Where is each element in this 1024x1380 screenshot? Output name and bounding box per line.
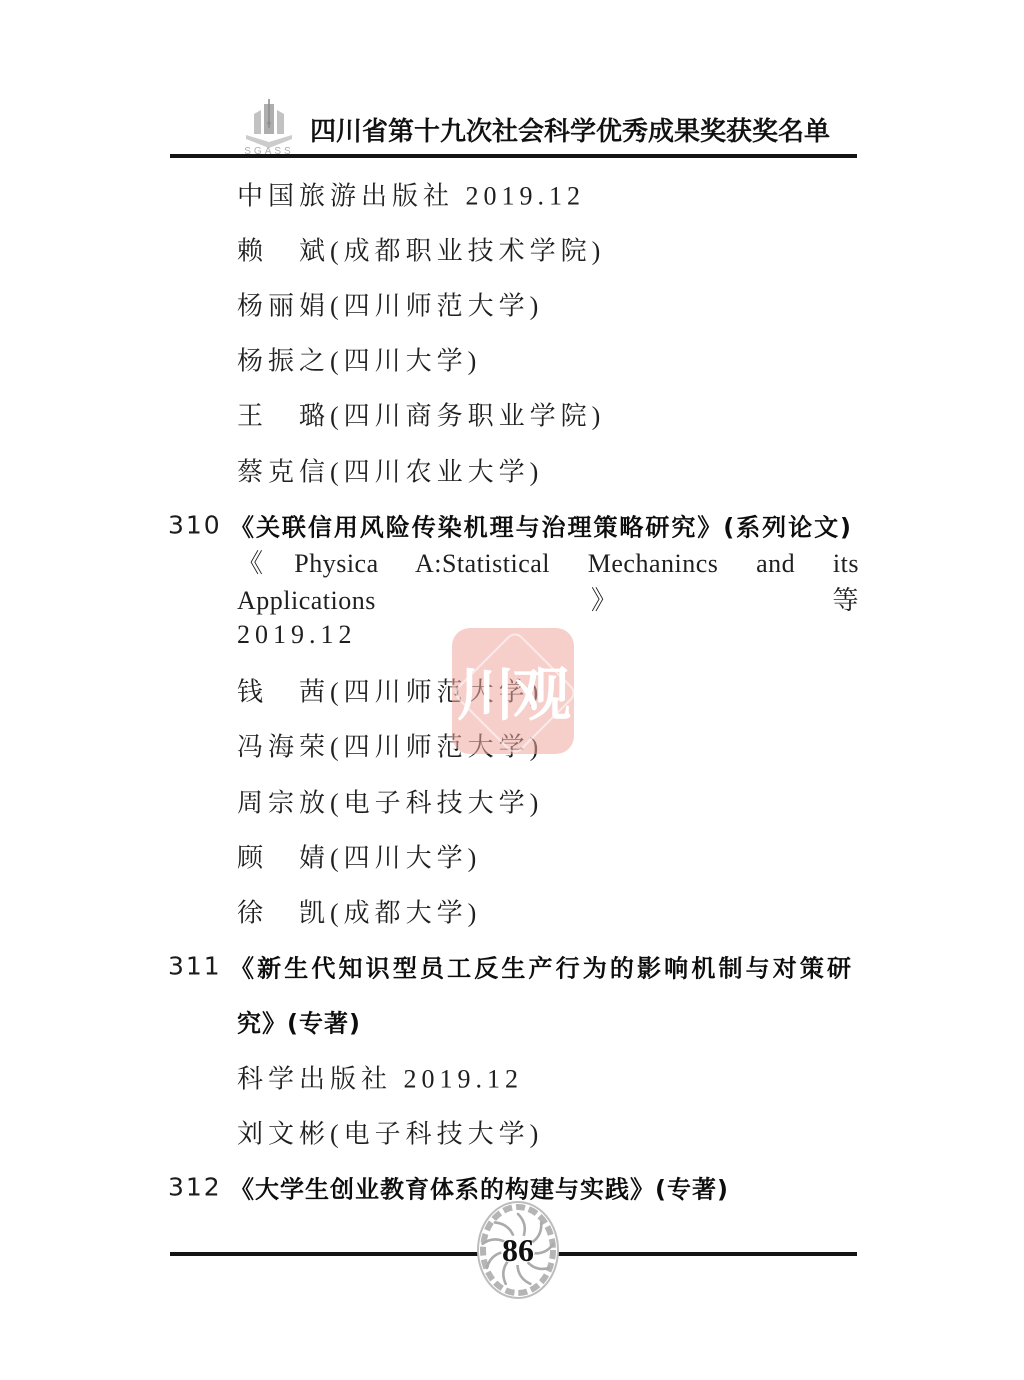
entry-text: 王 璐(四川商务职业学院) [237, 396, 605, 433]
entry-text: 周宗放(电子科技大学) [237, 782, 543, 819]
entry-text: 2019.12 [237, 620, 357, 650]
entry-text: 顾 婧(四川大学) [237, 837, 481, 874]
text-line: 赖 斌(成都职业技术学院) [0, 221, 1024, 276]
header-logo: SGASS [238, 98, 300, 160]
entry-text: 蔡克信(四川农业大学) [237, 451, 543, 488]
text-line: 杨丽娟(四川师范大学) [0, 276, 1024, 331]
text-line: 顾 婧(四川大学) [0, 828, 1024, 883]
entry-number: 312 [168, 1172, 222, 1201]
watermark-text: 川观 [452, 647, 574, 731]
text-line: 《Physica A:Statistical Mechanincs and it… [0, 552, 1024, 607]
entry-text: 中国旅游出版社 2019.12 [237, 175, 585, 212]
page-title: 四川省第十九次社会科学优秀成果奖获奖名单 [310, 111, 830, 148]
text-line: 科学出版社 2019.12 [0, 1049, 1024, 1104]
document-page: SGASS 四川省第十九次社会科学优秀成果奖获奖名单 中国旅游出版社 2019.… [0, 0, 1024, 1380]
text-line: 杨振之(四川大学) [0, 332, 1024, 387]
page-emblem: 86 [476, 1200, 560, 1300]
entry-text: 赖 斌(成都职业技术学院) [237, 230, 605, 267]
entry-title-line: 311《新生代知识型员工反生产行为的影响机制与对策研 [0, 939, 1024, 994]
entry-text: 《新生代知识型员工反生产行为的影响机制与对策研 [230, 949, 852, 984]
text-line: 刘文彬(电子科技大学) [0, 1104, 1024, 1159]
text-line: 王 璐(四川商务职业学院) [0, 387, 1024, 442]
entry-title-line: 究》(专著) [0, 994, 1024, 1049]
page-number: 86 [502, 1232, 534, 1268]
entry-number: 311 [168, 952, 222, 981]
entry-text: 《关联信用风险传染机理与治理策略研究》(系列论文) [230, 507, 852, 542]
entry-text: 《Physica A:Statistical Mechanincs and it… [237, 543, 859, 617]
entry-text: 徐 凯(成都大学) [237, 893, 481, 930]
text-line: 蔡克信(四川农业大学) [0, 442, 1024, 497]
entry-number: 310 [168, 510, 222, 539]
text-line: 中国旅游出版社 2019.12 [0, 166, 1024, 221]
sgass-building-book-icon [241, 98, 297, 148]
watermark-badge: 川观 [452, 628, 574, 754]
entry-text: 刘文彬(电子科技大学) [237, 1113, 543, 1150]
entry-text: 杨丽娟(四川师范大学) [237, 285, 543, 322]
sun-bird-swirl-icon: 86 [476, 1200, 560, 1300]
text-line: 徐 凯(成都大学) [0, 883, 1024, 938]
entry-text: 杨振之(四川大学) [237, 341, 481, 378]
text-line: 周宗放(电子科技大学) [0, 773, 1024, 828]
header-rule [170, 154, 857, 158]
entry-text: 科学出版社 2019.12 [237, 1058, 523, 1095]
entry-text: 究》(专著) [237, 1004, 361, 1039]
